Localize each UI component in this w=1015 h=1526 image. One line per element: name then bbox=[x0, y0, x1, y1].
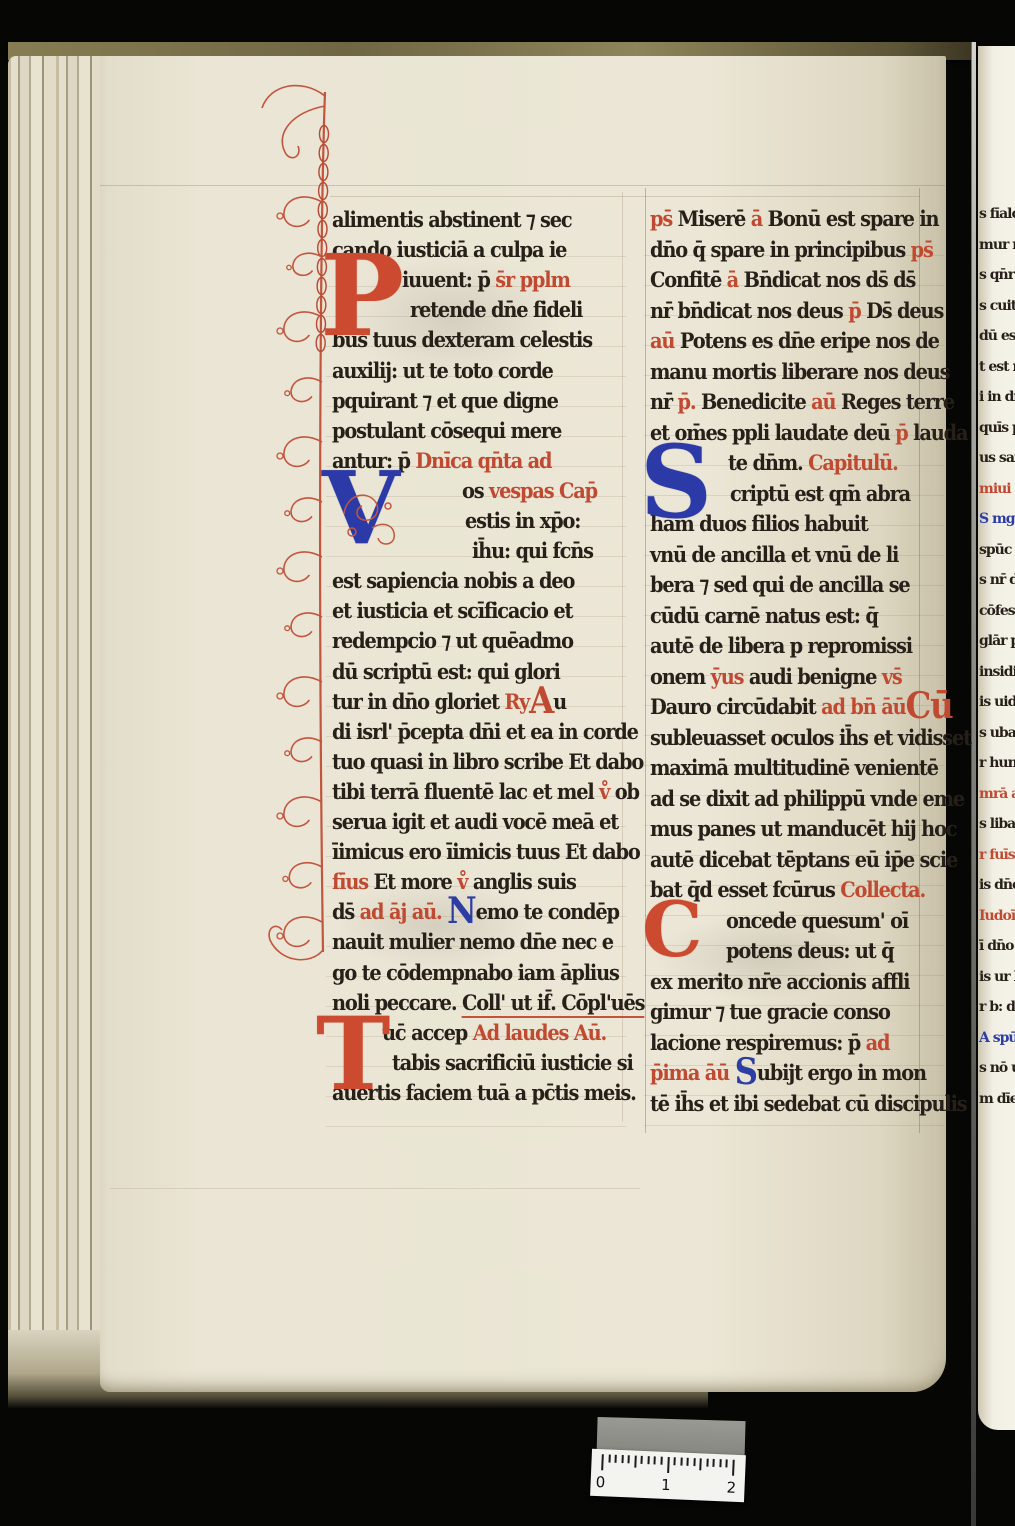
text-segment: ubijt ergo in mon bbox=[757, 1061, 926, 1086]
text-line: retende dn̄e fideli bbox=[410, 296, 582, 327]
text-line: subleuasset oculos ih̄s et vidisset bbox=[650, 724, 971, 755]
text-segment: Et more bbox=[374, 870, 458, 895]
ruler-tick bbox=[699, 1458, 702, 1470]
text-line: autē dicebat tēptans eū ip̄e scie bbox=[650, 846, 957, 877]
ruler-tick bbox=[667, 1457, 670, 1473]
ruler-tick bbox=[621, 1455, 623, 1463]
ruler-tick bbox=[647, 1456, 649, 1464]
text-segment: est sapiencia nobis a deo bbox=[332, 569, 574, 594]
text-segment: Bonū est spare in bbox=[768, 207, 939, 232]
facing-page-text-line: mur rego bbox=[979, 237, 1015, 253]
text-segment: retende dn̄e fideli bbox=[410, 298, 582, 323]
text-line: tibi terrā fluentē lac et mel v̊ ob bbox=[332, 778, 639, 809]
text-segment: bera ⁊ sed qui de ancilla se bbox=[650, 573, 910, 598]
text-line: dn̄o q̄ spare in principibus ps̄ bbox=[650, 236, 933, 267]
text-segment: Collecta. bbox=[840, 878, 925, 903]
text-line: potens deus: ut q̄ bbox=[726, 937, 893, 968]
facing-page-text-line: r fuīs bbox=[979, 847, 1015, 863]
text-segment: oncede quesum' oī bbox=[726, 909, 908, 934]
text-segment: īimicus ero īimicis tuus Et dabo bbox=[332, 840, 640, 865]
text-segment: mus panes ut manducēt hij hoc bbox=[650, 817, 956, 842]
text-segment: ā bbox=[727, 268, 744, 293]
text-segment: lacione respiremus: p̄ bbox=[650, 1031, 866, 1056]
ruler-tick bbox=[673, 1457, 675, 1465]
text-line: cūdū carnē natus est: q̄ bbox=[650, 602, 878, 633]
facing-page-text-line: t est manē bbox=[979, 359, 1015, 375]
text-segment: ob bbox=[615, 780, 639, 805]
text-segment: onem bbox=[650, 665, 711, 690]
ruler-tick bbox=[719, 1459, 721, 1467]
text-line: nr̄ bn̄dicat nos deus p̄ Ds̄ deus bbox=[650, 297, 943, 328]
ruler-tick bbox=[660, 1457, 662, 1465]
text-line: autē de libera p repromissi bbox=[650, 632, 912, 663]
text-segment: lauda bbox=[913, 421, 967, 446]
text-segment: pquirant ⁊ et que digne bbox=[332, 389, 558, 414]
text-segment: Capitulū. bbox=[808, 451, 897, 476]
text-segment: emo te condēp bbox=[476, 900, 619, 925]
text-line: redempcio ⁊ ut quēadmo bbox=[332, 627, 573, 658]
ruler-tick bbox=[654, 1456, 656, 1464]
facing-page-text-line: cōfessio bbox=[979, 603, 1015, 619]
facing-page-text-line: s fīalcs. bbox=[979, 206, 1015, 222]
text-segment: estis in xp̄o: bbox=[465, 509, 580, 534]
text-line: postulant cōsequi mere bbox=[332, 417, 561, 448]
text-segment: ps̄ bbox=[911, 238, 933, 263]
text-line: dū scriptū est: qui glori bbox=[332, 658, 560, 689]
facing-page-text-line: quīs pand bbox=[979, 420, 1015, 436]
text-line: uc̄ accep Ad laudes Aū. bbox=[382, 1019, 606, 1050]
text-line: estis in xp̄o: bbox=[465, 507, 580, 538]
text-line: di isrl' p̄cepta dn̄i et ea in corde bbox=[332, 718, 638, 749]
ruler-tick bbox=[680, 1458, 682, 1466]
text-line: ih̄u: qui fcn̄s bbox=[472, 537, 593, 568]
text-segment: nr̄ bbox=[650, 390, 677, 415]
text-segment: os bbox=[462, 479, 489, 504]
text-segment: redempcio ⁊ ut quēadmo bbox=[332, 629, 573, 654]
ruler-label: 2 bbox=[726, 1478, 736, 1496]
text-segment: ad āj aū. bbox=[360, 900, 447, 925]
text-segment: iuuent: p̄ bbox=[402, 268, 495, 293]
text-line: iuuent: p̄ s̄r pplm bbox=[402, 266, 570, 297]
text-segment: Dnīca qn̄ta ad bbox=[415, 449, 551, 474]
facing-page-text-line: s libarer bbox=[979, 816, 1015, 832]
facing-page-text-line: mrā aū bbox=[979, 786, 1015, 802]
text-segment: Miserē bbox=[678, 207, 751, 232]
text-segment: Dauro circūdabit bbox=[650, 695, 821, 720]
text-line: gimur ⁊ tue gracie conso bbox=[650, 998, 890, 1029]
ruler-tick bbox=[601, 1454, 604, 1470]
text-line: lacione respiremus: p̄ ad bbox=[650, 1029, 889, 1060]
ruler-tick bbox=[726, 1459, 728, 1467]
text-segment: dū scriptū est: qui glori bbox=[332, 660, 560, 685]
text-line: Dauro circūdabit ad bn̄ āūCū bbox=[650, 693, 953, 724]
facing-page-text-line: Iudoīs bbox=[979, 908, 1015, 924]
decorated-initial-C: C bbox=[642, 900, 703, 961]
facing-page-text-line: s ubart bbox=[979, 725, 1015, 741]
text-line: p̄ima āū Subijt ergo in mon bbox=[650, 1059, 926, 1090]
text-segment: et iusticia et scīficacio et bbox=[332, 599, 572, 624]
text-segment: p̄ bbox=[895, 421, 913, 446]
text-segment: p̄ima āū bbox=[650, 1061, 735, 1086]
facing-page-text-line: i in dr̄ īrednī bbox=[979, 389, 1015, 405]
facing-page-text-line: us santeur d bbox=[979, 450, 1015, 466]
text-line: tabis sacrificiū iusticie si bbox=[392, 1049, 633, 1080]
facing-page-text-line: spūc nō pe bbox=[979, 542, 1015, 558]
text-segment: Ad laudes Aū. bbox=[473, 1021, 606, 1046]
text-segment: nr̄ bn̄dicat nos deus bbox=[650, 299, 848, 324]
ruler-tick bbox=[615, 1455, 617, 1463]
text-line: Confitē ā Bn̄dicat nos ds̄ ds̄ bbox=[650, 266, 915, 297]
facing-page-text-line: s nō ul bbox=[979, 1060, 1015, 1076]
text-segment: Benedicite bbox=[701, 390, 811, 415]
text-segment: tibi terrā fluentē lac et mel bbox=[332, 780, 599, 805]
page-crease bbox=[110, 1188, 640, 1189]
text-segment: vnū de ancilla et vnū de li bbox=[650, 543, 898, 568]
text-segment: Cū bbox=[906, 685, 953, 727]
text-line: maximā multitudinē venientē bbox=[650, 754, 938, 785]
text-segment: aū bbox=[811, 390, 841, 415]
text-segment: ih̄u: qui fcn̄s bbox=[472, 539, 593, 564]
text-segment: Ry bbox=[504, 690, 529, 715]
text-segment: vs̄ bbox=[882, 665, 902, 690]
text-line: est sapiencia nobis a deo bbox=[332, 567, 574, 598]
text-line: tē ih̄s et ibi sedebat cū discipulis bbox=[650, 1090, 967, 1121]
text-segment: v̊ bbox=[599, 780, 615, 805]
text-segment: A bbox=[529, 680, 553, 722]
text-segment: postulant cōsequi mere bbox=[332, 419, 561, 444]
text-line: pquirant ⁊ et que digne bbox=[332, 387, 558, 418]
text-line: criptū est qm̄ abra bbox=[730, 480, 910, 511]
text-segment: tabis sacrificiū iusticie si bbox=[392, 1051, 633, 1076]
text-line: bera ⁊ sed qui de ancilla se bbox=[650, 571, 910, 602]
facing-page-text-line: is dn̄o bbox=[979, 877, 1015, 893]
decorated-initial-T: T bbox=[316, 1014, 390, 1094]
text-line: oncede quesum' oī bbox=[726, 907, 908, 938]
ruler-tick bbox=[628, 1455, 630, 1463]
text-segment: Ds̄ deus bbox=[866, 299, 943, 324]
facing-page-text-line: S mgnū bbox=[979, 511, 1015, 527]
text-segment: ds̄ bbox=[332, 900, 360, 925]
text-segment: manu mortis liberare nos deus bbox=[650, 360, 949, 385]
text-segment: s̄r pplm bbox=[495, 268, 570, 293]
text-segment: gimur ⁊ tue gracie conso bbox=[650, 1000, 890, 1025]
text-line: vnū de ancilla et vnū de li bbox=[650, 541, 898, 572]
facing-page-text-line: s qn̄r dist bbox=[979, 267, 1015, 283]
text-segment: criptū est qm̄ abra bbox=[730, 482, 910, 507]
text-segment: tuo quasi in libro scribe Et dabo bbox=[332, 750, 643, 775]
text-segment: aū bbox=[650, 329, 680, 354]
text-segment: go te cōdempnabo iam āplius bbox=[332, 961, 619, 986]
ruler-tick bbox=[634, 1456, 637, 1468]
facing-page-text-line: glār pml bbox=[979, 633, 1015, 649]
text-segment: Confitē bbox=[650, 268, 727, 293]
text-line: nauit mulier nemo dn̄e nec e bbox=[332, 928, 613, 959]
text-segment: p̄ bbox=[848, 299, 866, 324]
text-segment: ad bbox=[866, 1031, 890, 1056]
text-line: manu mortis liberare nos deus bbox=[650, 358, 949, 389]
text-segment: fīus bbox=[332, 870, 374, 895]
manuscript-photo: s fīalcs.mur regos qn̄r dists cuit quodū… bbox=[0, 0, 1015, 1526]
text-segment: N bbox=[447, 890, 475, 932]
facing-page-text-line: s nr̄ deus bbox=[979, 572, 1015, 588]
text-line: serua igit et audi vocē meā et bbox=[332, 808, 618, 839]
text-line: nr̄ p̄. Benedicite aū Reges terre bbox=[650, 388, 954, 419]
text-segment: Bn̄dicat nos ds̄ ds̄ bbox=[744, 268, 916, 293]
text-line: īimicus ero īimicis tuus Et dabo bbox=[332, 838, 640, 869]
text-segment: uc̄ accep bbox=[382, 1021, 473, 1046]
ruler-tick bbox=[608, 1454, 610, 1462]
decorated-initial-P: P bbox=[320, 252, 404, 342]
glass-edge bbox=[971, 42, 976, 1526]
facing-page-text-line: miui . bbox=[979, 481, 1015, 497]
decorated-initial-V: V bbox=[322, 468, 400, 548]
decorated-initial-S: S bbox=[640, 442, 712, 522]
page-crease bbox=[100, 185, 945, 186]
facing-page-text-line: r hundis bbox=[979, 755, 1015, 771]
facing-page-text-line: s cuit quo bbox=[979, 298, 1015, 314]
ruler-tick bbox=[641, 1456, 643, 1464]
text-segment: ȳus bbox=[711, 665, 749, 690]
facing-page-text-line: m dīe bbox=[979, 1091, 1015, 1107]
text-segment: Coll' ut if̄. Cōpl'uēs bbox=[462, 991, 644, 1018]
text-segment: te dn̄m. bbox=[728, 451, 808, 476]
ruler-tick bbox=[732, 1460, 735, 1476]
text-segment: Reges terre bbox=[841, 390, 954, 415]
text-line: ps̄ Miserē ā Bonū est spare in bbox=[650, 205, 938, 236]
text-segment: S bbox=[735, 1051, 757, 1093]
text-segment: anglis suis bbox=[473, 870, 576, 895]
ruler-tick bbox=[687, 1458, 689, 1466]
text-segment: potens deus: ut q̄ bbox=[726, 939, 893, 964]
facing-page-text-line: insidiab bbox=[979, 664, 1015, 680]
ruler-tick bbox=[713, 1459, 715, 1467]
text-block-rule bbox=[330, 196, 920, 197]
cm-ruler: 012 bbox=[590, 1449, 746, 1502]
text-segment: nauit mulier nemo dn̄e nec e bbox=[332, 930, 613, 955]
stacked-page-edges bbox=[8, 56, 104, 1386]
text-segment: ad bn̄ āū bbox=[821, 695, 905, 720]
text-segment: serua igit et audi vocē meā et bbox=[332, 810, 618, 835]
text-segment: maximā multitudinē venientē bbox=[650, 756, 938, 781]
facing-page-text-line: is ur hr̄ ī bbox=[979, 969, 1015, 985]
facing-page-text-line: r b: dūs bbox=[979, 999, 1015, 1015]
facing-page-text-line: is uidiar bbox=[979, 694, 1015, 710]
right-text-column: ps̄ Miserē ā Bonū est spare indn̄o q̄ sp… bbox=[650, 205, 930, 1135]
text-segment: dn̄o q̄ spare in principibus bbox=[650, 238, 911, 263]
ruler-tick bbox=[706, 1459, 708, 1467]
text-segment: cūdū carnē natus est: q̄ bbox=[650, 604, 878, 629]
facing-page-text-line: dū est vigil bbox=[979, 328, 1015, 344]
text-line: onem ȳus audi benigne vs̄ bbox=[650, 663, 902, 694]
text-line: tuo quasi in libro scribe Et dabo bbox=[332, 748, 643, 779]
text-segment: tur in dn̄o gloriet bbox=[332, 690, 504, 715]
text-line: ad se dixit ad philippū vnde eme bbox=[650, 785, 964, 816]
facing-page-text-line: ī dn̄o off bbox=[979, 938, 1015, 954]
text-segment: Potens es dn̄e eripe nos de bbox=[680, 329, 939, 354]
text-line: tur in dn̄o gloriet RyAu bbox=[332, 688, 566, 719]
ruler-tick bbox=[693, 1458, 695, 1466]
text-segment: autē dicebat tēptans eū ip̄e scie bbox=[650, 848, 957, 873]
ruler-label: 1 bbox=[661, 1476, 671, 1494]
text-segment: ps̄ bbox=[650, 207, 678, 232]
text-segment: auxilij: ut te toto corde bbox=[332, 359, 553, 384]
text-line: os vespas Cap̄ bbox=[462, 477, 597, 508]
text-segment: tē ih̄s et ibi sedebat cū discipulis bbox=[650, 1092, 967, 1117]
text-line: ds̄ ad āj aū. Nemo te condēp bbox=[332, 898, 619, 929]
text-segment: alimentis abstinent ⁊ sec bbox=[332, 208, 571, 233]
ruler-label: 0 bbox=[595, 1473, 605, 1491]
text-line: mus panes ut manducēt hij hoc bbox=[650, 815, 956, 846]
text-segment: di isrl' p̄cepta dn̄i et ea in corde bbox=[332, 720, 638, 745]
text-segment: audi benigne bbox=[749, 665, 882, 690]
text-segment: ad se dixit ad philippū vnde eme bbox=[650, 787, 964, 812]
facing-page-sliver: s fīalcs.mur regos qn̄r dists cuit quodū… bbox=[978, 46, 1015, 1430]
text-segment: vespas Cap̄ bbox=[489, 479, 597, 504]
text-segment: ā bbox=[751, 207, 768, 232]
text-line: go te cōdempnabo iam āplius bbox=[332, 959, 619, 990]
text-line: te dn̄m. Capitulū. bbox=[728, 449, 898, 480]
text-segment: u bbox=[553, 690, 566, 715]
text-segment: autē de libera p repromissi bbox=[650, 634, 912, 659]
text-line: aū Potens es dn̄e eripe nos de bbox=[650, 327, 939, 358]
facing-page-text-line: A spū bbox=[979, 1030, 1015, 1046]
text-segment: p̄. bbox=[677, 390, 700, 415]
text-line: et iusticia et scīficacio et bbox=[332, 597, 572, 628]
text-segment: subleuasset oculos ih̄s et vidisset bbox=[650, 726, 971, 751]
